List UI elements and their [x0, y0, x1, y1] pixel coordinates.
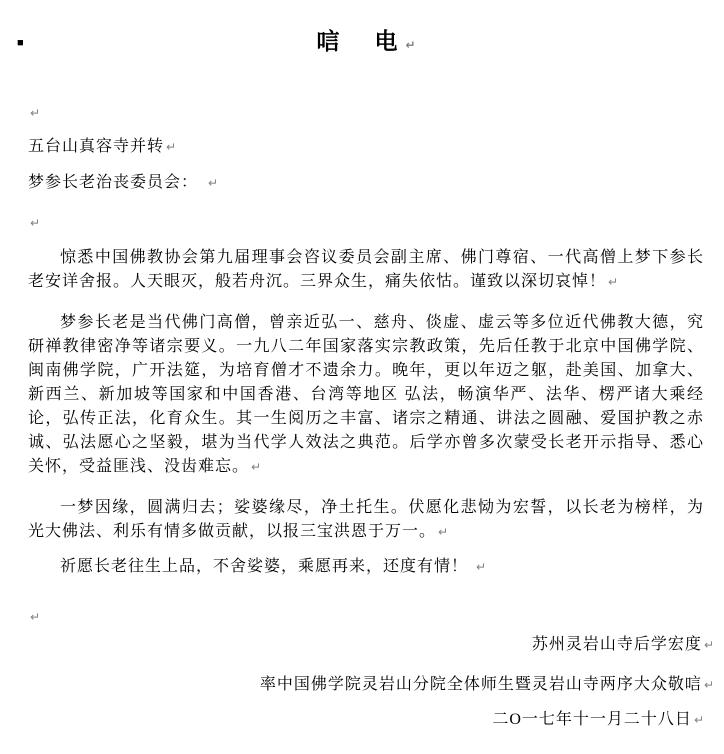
body-paragraph-4-text: 祈愿长老往生上品，不舍娑婆，乘愿再来，还度有情！ [60, 558, 468, 575]
paragraph-mark-icon: ↵ [198, 176, 218, 190]
document-title: 唁 电 [316, 29, 403, 54]
paragraph-mark-icon: ↵ [249, 460, 261, 474]
empty-paragraph: ↵ [28, 211, 704, 235]
empty-paragraph: ↵ [28, 101, 704, 125]
anchor-marker-icon: ■ [17, 38, 24, 49]
body-paragraph-1-text: 惊悉中国佛教协会第九届理事会咨议委员会副主席、佛门尊宿、一代高僧上梦下参长老安详… [28, 249, 704, 290]
date-text: 二O一七年十一月二十八日 [492, 711, 692, 728]
body-paragraph-2-text: 梦参长老是当代佛门高僧，曾亲近弘一、慈舟、倓虚、虚云等多位近代佛教大德，究研禅教… [28, 314, 704, 475]
cosigners-text: 率中国佛学院灵岩山分院全体师生暨灵岩山寺两序大众敬唁 [260, 676, 702, 693]
paragraph-mark-icon: ↵ [692, 713, 704, 727]
paragraph-mark-icon: ↵ [436, 525, 448, 539]
empty-paragraph: ↵ [28, 605, 704, 629]
signature-line: 苏州灵岩山寺后学宏度↵ [28, 633, 714, 657]
date-line: 二O一七年十一月二十八日↵ [28, 708, 704, 732]
paragraph-mark-icon: ↵ [28, 106, 40, 120]
body-paragraph-3-text: 一梦因缘，圆满归去；娑婆缘尽，净土托生。伏愿化悲恸为宏誓，以长老为榜样，为光大佛… [28, 499, 704, 540]
cosigners-line: 率中国佛学院灵岩山分院全体师生暨灵岩山寺两序大众敬唁↵ [28, 673, 714, 697]
paragraph-mark-icon: ↵ [606, 275, 618, 289]
addressee-line: 梦参长老治丧委员会：↵ [28, 171, 704, 195]
paragraph-mark-icon: ↵ [164, 140, 176, 154]
document-page: ■ 唁 电↵ ↵ 五台山真容寺并转↵ 梦参长老治丧委员会：↵ ↵ 惊悉中国佛教协… [0, 0, 724, 754]
addressee-text: 梦参长老治丧委员会： [28, 174, 198, 191]
signer-text: 苏州灵岩山寺后学宏度 [532, 636, 702, 653]
paragraph-mark-icon: ↵ [702, 678, 714, 692]
body-paragraph-1: 惊悉中国佛教协会第九届理事会咨议委员会副主席、佛门尊宿、一代高僧上梦下参长老安详… [28, 246, 704, 294]
paragraph-mark-icon: ↵ [28, 216, 40, 230]
body-paragraph-2: 梦参长老是当代佛门高僧，曾亲近弘一、慈舟、倓虚、虚云等多位近代佛教大德，究研禅教… [28, 311, 704, 479]
paragraph-mark-icon: ↵ [702, 638, 714, 652]
recipient-line: 五台山真容寺并转↵ [28, 135, 704, 159]
paragraph-mark-icon: ↵ [468, 560, 486, 574]
document-title-line: 唁 电↵ [28, 28, 704, 59]
document-content: 唁 电↵ ↵ 五台山真容寺并转↵ 梦参长老治丧委员会：↵ ↵ 惊悉中国佛教协会第… [0, 28, 724, 732]
paragraph-mark-icon: ↵ [28, 610, 40, 624]
recipient-text: 五台山真容寺并转 [28, 138, 164, 155]
body-paragraph-4: 祈愿长老往生上品，不舍娑婆，乘愿再来，还度有情！↵ [28, 555, 704, 579]
paragraph-mark-icon: ↵ [403, 38, 415, 52]
body-paragraph-3: 一梦因缘，圆满归去；娑婆缘尽，净土托生。伏愿化悲恸为宏誓，以长老为榜样，为光大佛… [28, 496, 704, 544]
